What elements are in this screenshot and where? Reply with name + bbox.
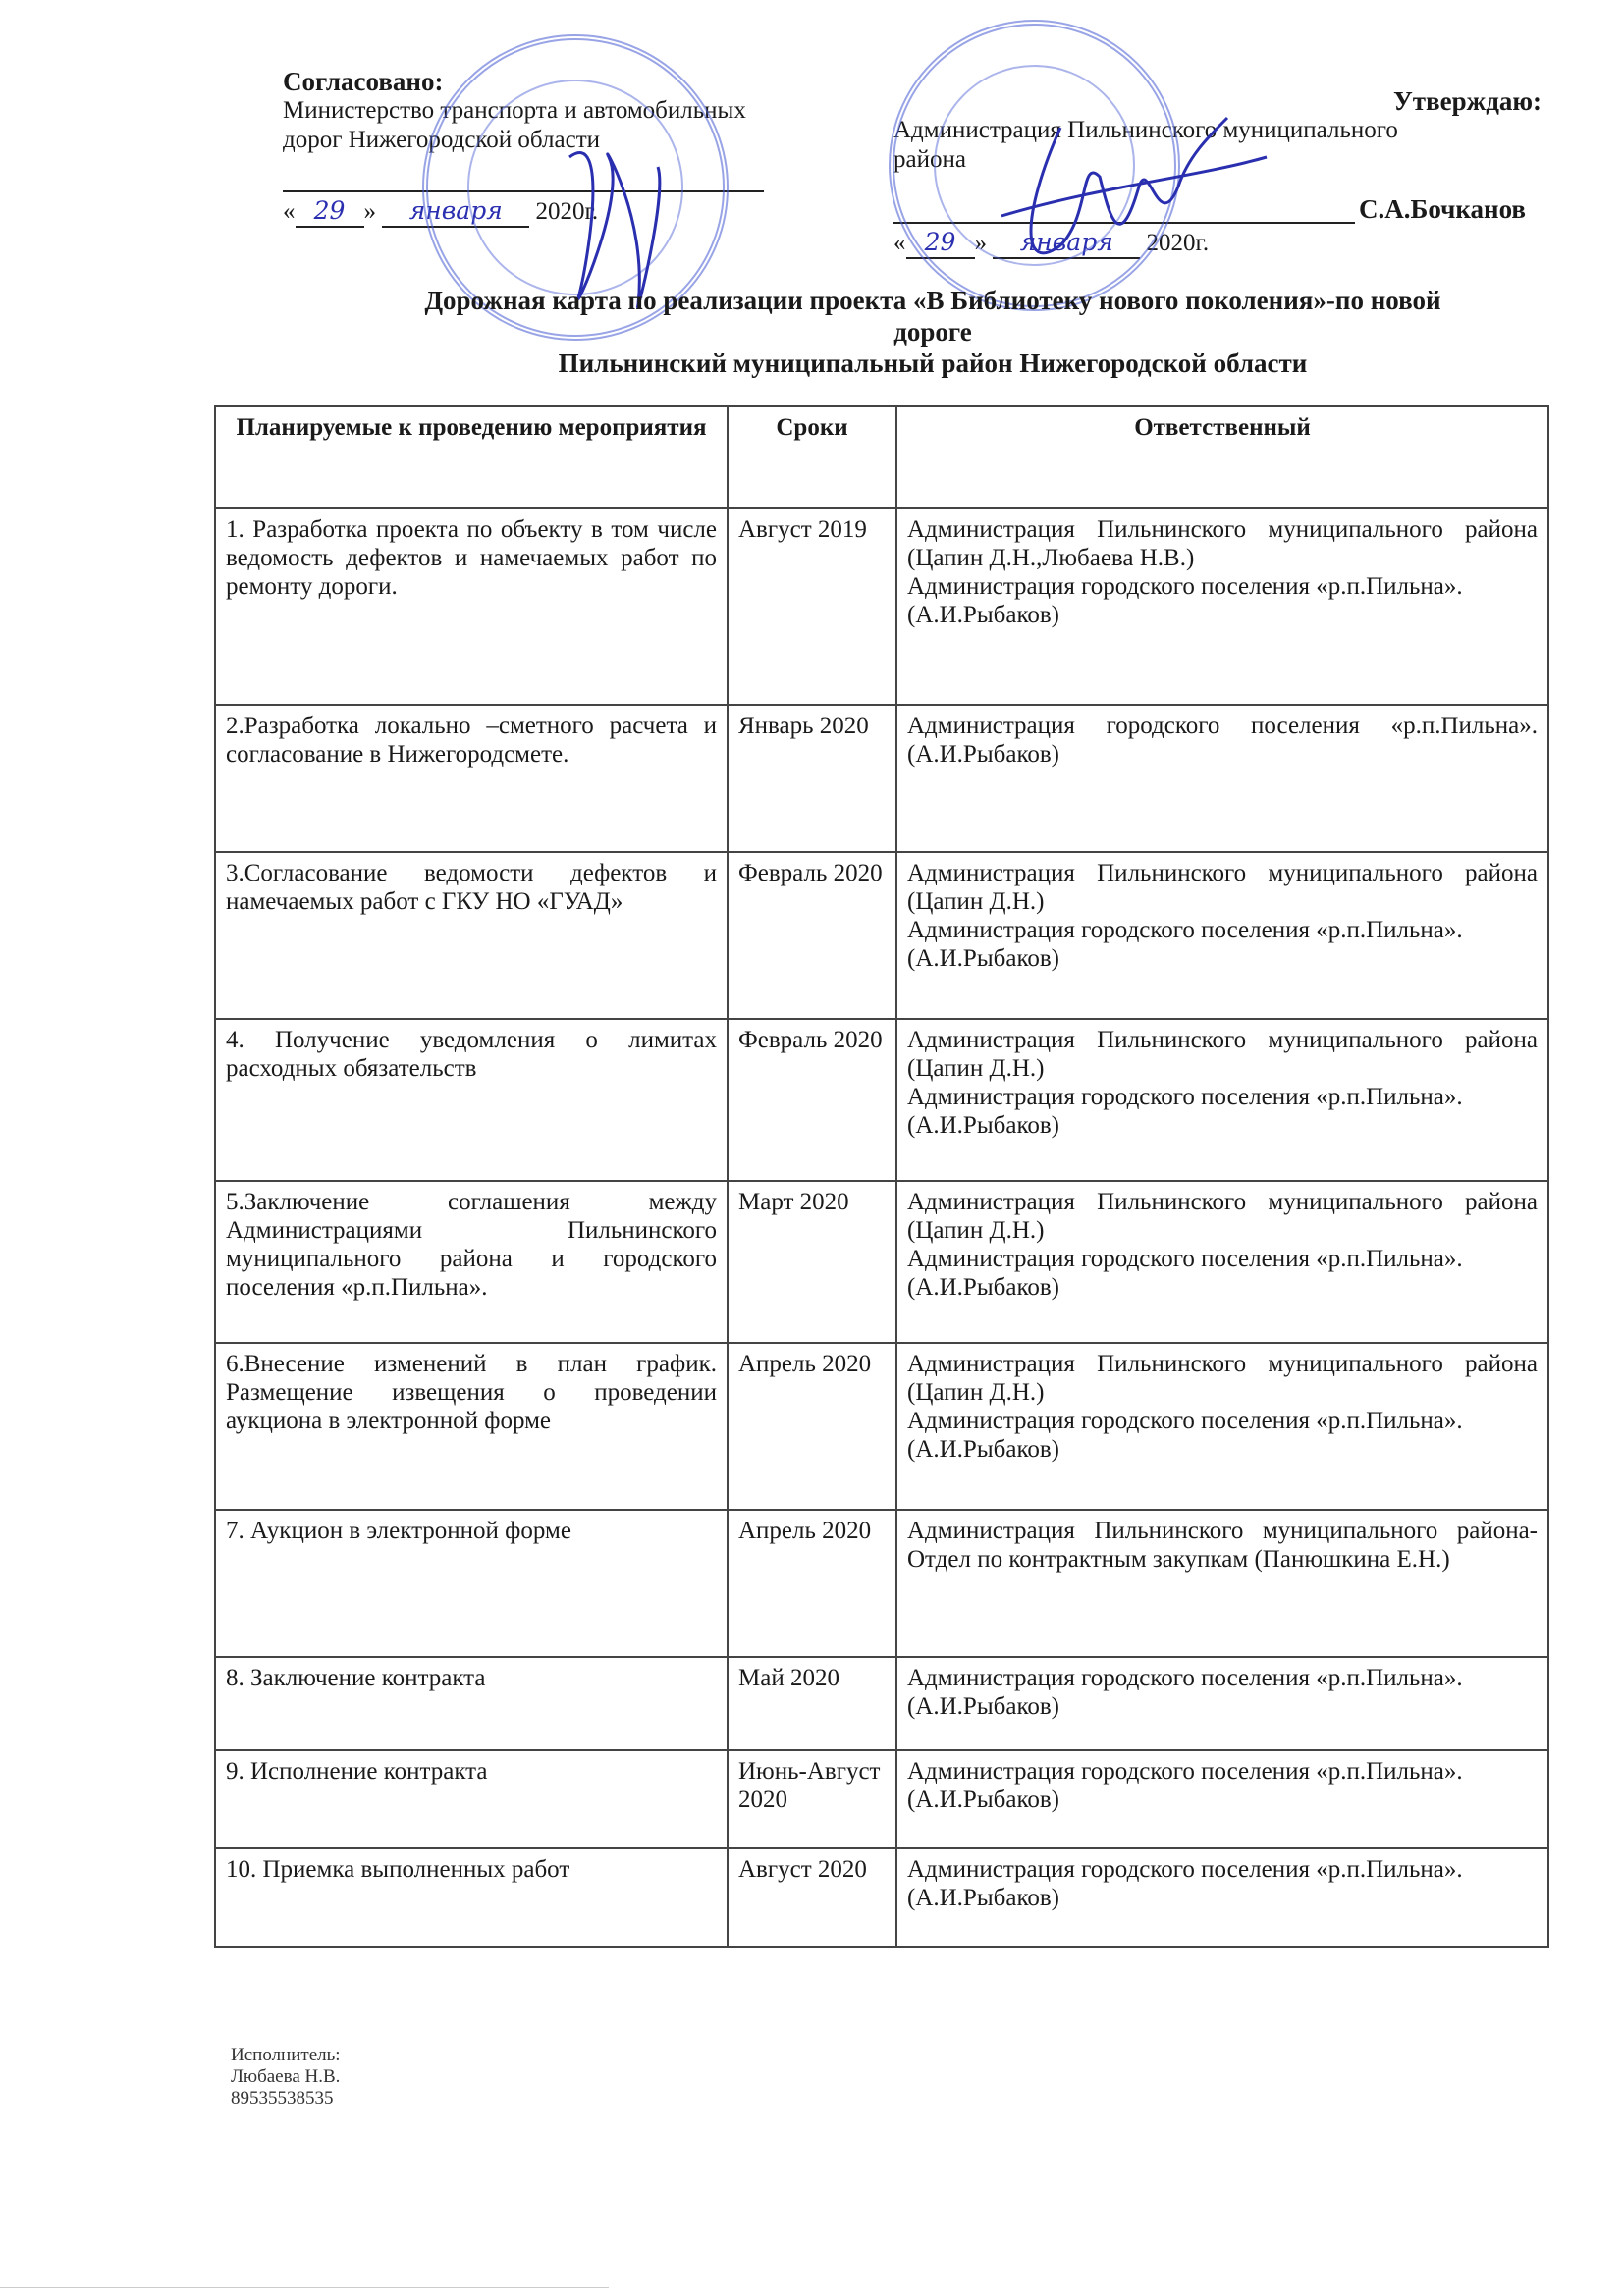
table-row: 6.Внесение изменений в план график. Разм… — [215, 1343, 1548, 1510]
responsible-line: Администрация городского поселения «р.п.… — [907, 712, 1538, 769]
quote-close: » — [364, 198, 377, 225]
responsible-line: Администрация городского поселения «р.п.… — [907, 1664, 1538, 1692]
responsible-line: (А.И.Рыбаков) — [907, 1786, 1538, 1814]
responsible-line: (А.И.Рыбаков) — [907, 1692, 1538, 1721]
roadmap-table: Планируемые к проведению мероприятия Сро… — [214, 405, 1549, 1948]
table-row: 8. Заключение контрактаМай 2020Администр… — [215, 1657, 1548, 1750]
term-cell: Апрель 2020 — [728, 1343, 896, 1510]
executor-name: Любаева Н.В. — [231, 2066, 341, 2088]
event-cell: 1. Разработка проекта по объекту в том ч… — [215, 508, 728, 705]
term-cell: Январь 2020 — [728, 705, 896, 852]
responsible-line: (А.И.Рыбаков) — [907, 601, 1538, 629]
term-cell: Февраль 2020 — [728, 852, 896, 1019]
scan-edge-divider — [0, 2287, 609, 2288]
responsible-line: Администрация городского поселения «р.п.… — [907, 572, 1538, 601]
responsible-line: Администрация городского поселения «р.п.… — [907, 1855, 1538, 1884]
responsible-cell: Администрация городского поселения «р.п.… — [896, 705, 1548, 852]
term-cell: Апрель 2020 — [728, 1510, 896, 1657]
approved-date-day: 29 — [906, 228, 975, 259]
table-row: 10. Приемка выполненных работАвгуст 2020… — [215, 1848, 1548, 1947]
event-cell: 7. Аукцион в электронной форме — [215, 1510, 728, 1657]
responsible-cell: Администрация Пильнинского муниципальног… — [896, 1019, 1548, 1181]
table-row: 3.Согласование ведомости дефектов и наме… — [215, 852, 1548, 1019]
event-cell: 6.Внесение изменений в план график. Разм… — [215, 1343, 728, 1510]
responsible-cell: Администрация городского поселения «р.п.… — [896, 1848, 1548, 1947]
event-cell: 9. Исполнение контракта — [215, 1750, 728, 1848]
approved-signature-line — [893, 204, 1355, 224]
agreed-date-month: января — [382, 196, 529, 228]
responsible-cell: Администрация городского поселения «р.п.… — [896, 1750, 1548, 1848]
approved-date-month: января — [993, 228, 1140, 259]
responsible-cell: Администрация Пильнинского муниципальног… — [896, 1510, 1548, 1657]
table-row: 2.Разработка локально –сметного расчета … — [215, 705, 1548, 852]
event-cell: 4. Получение уведомления о лимитах расхо… — [215, 1019, 728, 1181]
responsible-line: (А.И.Рыбаков) — [907, 1884, 1538, 1912]
event-cell: 5.Заключение соглашения между Администра… — [215, 1181, 728, 1343]
term-cell: Февраль 2020 — [728, 1019, 896, 1181]
agreed-date-day: 29 — [296, 196, 364, 228]
agreed-date-year: 2020г. — [536, 198, 599, 225]
term-cell: Май 2020 — [728, 1657, 896, 1750]
term-cell: Август 2020 — [728, 1848, 896, 1947]
term-cell: Август 2019 — [728, 508, 896, 705]
table-header-row: Планируемые к проведению мероприятия Сро… — [215, 406, 1548, 508]
agreed-date: «29» января 2020г. — [283, 196, 774, 228]
quote-open: « — [893, 230, 906, 256]
responsible-line: (А.И.Рыбаков) — [907, 1273, 1538, 1302]
quote-open: « — [283, 198, 296, 225]
agreed-org-line1: Министерство транспорта и автомобильных — [283, 96, 774, 126]
executor-info: Исполнитель: Любаева Н.В. 89535538535 — [231, 2045, 341, 2109]
responsible-line: Администрация Пильнинского муниципальног… — [907, 1188, 1538, 1245]
event-cell: 2.Разработка локально –сметного расчета … — [215, 705, 728, 852]
table-row: 4. Получение уведомления о лимитах расхо… — [215, 1019, 1548, 1181]
responsible-cell: Администрация Пильнинского муниципальног… — [896, 852, 1548, 1019]
term-cell: Март 2020 — [728, 1181, 896, 1343]
executor-phone: 89535538535 — [231, 2088, 341, 2109]
responsible-line: Администрация городского поселения «р.п.… — [907, 1083, 1538, 1111]
approved-org-line2: района — [893, 145, 1581, 175]
event-cell: 8. Заключение контракта — [215, 1657, 728, 1750]
responsible-cell: Администрация Пильнинского муниципальног… — [896, 1343, 1548, 1510]
title-line3: Пильнинский муниципальный район Нижегоро… — [275, 347, 1591, 379]
responsible-line: (А.И.Рыбаков) — [907, 944, 1538, 973]
responsible-line: Администрация городского поселения «р.п.… — [907, 1757, 1538, 1786]
approved-heading: Утверждаю: — [893, 86, 1581, 116]
table-row: 9. Исполнение контрактаИюнь-Август 2020А… — [215, 1750, 1548, 1848]
header-terms: Сроки — [728, 406, 896, 508]
responsible-line: Администрация Пильнинского муниципальног… — [907, 1350, 1538, 1407]
approved-date-year: 2020г. — [1147, 230, 1210, 256]
table-row: 1. Разработка проекта по объекту в том ч… — [215, 508, 1548, 705]
responsible-line: Администрация городского поселения «р.п.… — [907, 916, 1538, 944]
responsible-line: Администрация Пильнинского муниципальног… — [907, 1026, 1538, 1083]
responsible-line: Администрация Пильнинского муниципальног… — [907, 1517, 1538, 1574]
agreed-signature-line — [283, 173, 764, 192]
title-line1: Дорожная карта по реализации проекта «В … — [275, 285, 1591, 316]
approved-signer-name: С.А.Бочканов — [1359, 194, 1526, 224]
agreed-heading: Согласовано: — [283, 67, 774, 96]
responsible-cell: Администрация Пильнинского муниципальног… — [896, 508, 1548, 705]
responsible-cell: Администрация городского поселения «р.п.… — [896, 1657, 1548, 1750]
title-line2: дороге — [275, 316, 1591, 347]
approved-signature-row: С.А.Бочканов — [893, 194, 1581, 224]
responsible-line: Администрация городского поселения «р.п.… — [907, 1245, 1538, 1273]
table-row: 7. Аукцион в электронной формеАпрель 202… — [215, 1510, 1548, 1657]
document-title: Дорожная карта по реализации проекта «В … — [275, 285, 1591, 379]
responsible-line: Администрация городского поселения «р.п.… — [907, 1407, 1538, 1435]
header-responsible: Ответственный — [896, 406, 1548, 508]
approval-block-approved: Утверждаю: Администрация Пильнинского му… — [893, 67, 1581, 259]
header-events: Планируемые к проведению мероприятия — [215, 406, 728, 508]
responsible-line: (А.И.Рыбаков) — [907, 1111, 1538, 1140]
responsible-line: Администрация Пильнинского муниципальног… — [907, 859, 1538, 916]
event-cell: 3.Согласование ведомости дефектов и наме… — [215, 852, 728, 1019]
approved-date: «29» января 2020г. — [893, 228, 1581, 259]
approval-block-agreed: Согласовано: Министерство транспорта и а… — [283, 67, 774, 228]
responsible-line: Администрация Пильнинского муниципальног… — [907, 515, 1538, 572]
responsible-cell: Администрация Пильнинского муниципальног… — [896, 1181, 1548, 1343]
approved-org-line1: Администрация Пильнинского муниципальног… — [893, 116, 1581, 145]
executor-label: Исполнитель: — [231, 2045, 341, 2066]
responsible-line: (А.И.Рыбаков) — [907, 1435, 1538, 1464]
quote-close: » — [975, 230, 988, 256]
term-cell: Июнь-Август 2020 — [728, 1750, 896, 1848]
table-row: 5.Заключение соглашения между Администра… — [215, 1181, 1548, 1343]
agreed-org-line2: дорог Нижегородской области — [283, 126, 774, 155]
event-cell: 10. Приемка выполненных работ — [215, 1848, 728, 1947]
